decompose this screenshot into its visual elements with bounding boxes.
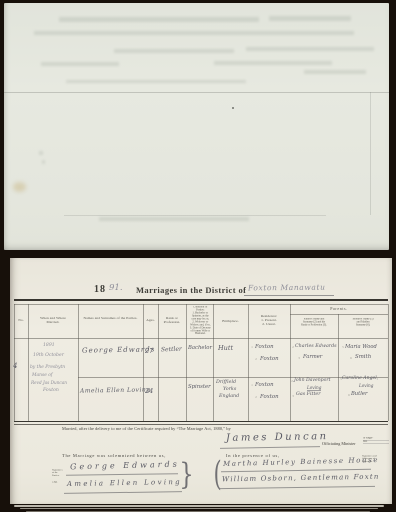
groom-age: 27 — [145, 347, 153, 355]
paper-stain — [13, 182, 26, 192]
table-rule — [14, 338, 388, 339]
certification-statement: Married, after the delivery to me of the… — [62, 426, 231, 431]
col-header-condition: Condition of Parties: 1. Bachelor or Spi… — [187, 306, 214, 337]
groom-mother-name: Maria Wood — [345, 344, 377, 350]
printed-mark: 2 — [254, 357, 258, 361]
bride-father-name: Loving — [307, 385, 321, 391]
title-rule — [14, 299, 388, 301]
showthrough-rule — [370, 92, 371, 215]
col-group-parents: Parents. — [290, 307, 388, 312]
col-header-birthplace: Birthplace. — [213, 319, 248, 323]
showthrough-rule — [64, 215, 326, 216]
col-header-mother: Mother's Name (5) and Maiden Surname (6)… — [339, 318, 387, 337]
bride-condition: Spinster — [188, 384, 211, 390]
printed-mark: 1 — [250, 383, 254, 387]
showthrough-mark — [59, 17, 259, 22]
signature-rule — [66, 473, 178, 476]
bride-age: 24 — [145, 387, 153, 395]
witness-note: Signatures and Addresses of Witnesses. — [362, 455, 388, 469]
bride-father-rank: Gas Fitter — [296, 392, 321, 397]
page-edge — [26, 511, 370, 512]
groom-father-name: Charles Edwards — [295, 344, 337, 349]
table-rule — [290, 314, 388, 315]
register-back-page — [4, 3, 389, 250]
showthrough-mark — [114, 49, 234, 53]
district-handwritten: Foxton Manawatu — [248, 283, 326, 293]
col-header-when: When and Where Married. — [28, 316, 78, 324]
table-rule — [14, 304, 388, 305]
groom-mother-maiden: Smith — [355, 354, 371, 360]
col-header-residence: Residence: 1. Present. 2. Usual. — [248, 314, 290, 327]
minister-signature: James Duncan — [226, 431, 329, 444]
showthrough-mark — [42, 160, 45, 164]
table-rule — [388, 304, 389, 421]
groom-birthplace: Hutt — [218, 344, 233, 352]
showthrough-mark — [246, 47, 374, 51]
printed-mark: 1 — [250, 345, 254, 349]
bride-father-name: John Davenport — [294, 378, 330, 383]
signature-rule — [220, 486, 375, 489]
bride-birthplace: Driffield — [216, 380, 236, 385]
bride-birthplace: England — [219, 394, 239, 399]
bride-mother-name: Loving — [359, 383, 373, 388]
showthrough-mark — [269, 16, 351, 21]
page-edge — [14, 505, 384, 507]
col-header-no: No. — [14, 318, 28, 322]
showthrough-mark — [34, 31, 354, 35]
scanned-register-photo: 18 91. Marriages in the District of Foxt… — [0, 0, 396, 512]
showthrough-mark — [39, 151, 43, 155]
showthrough-rule — [4, 92, 389, 93]
printed-mark: 2 — [254, 395, 258, 399]
showthrough-mark — [41, 62, 119, 66]
groom-residence-present: Foxton — [255, 344, 274, 350]
bride-signature: Amelia Ellen Loving — [67, 478, 182, 488]
col-header-ages: Ages. — [143, 318, 158, 322]
bride-birthplace: Yorks — [223, 387, 236, 392]
marriage-register-page: 18 91. Marriages in the District of Foxt… — [10, 258, 392, 504]
groom-father-rank: Farmer — [303, 354, 322, 360]
groom-signature: George Edwards — [70, 460, 180, 472]
bride-residence-present: Foxton — [255, 382, 274, 388]
table-rule — [78, 304, 79, 421]
year-printed: 18 — [94, 284, 106, 295]
parties-brace: } — [179, 457, 193, 492]
bride-residence-usual: Foxton — [260, 394, 279, 400]
officiating-note: or Regis- trar. — [363, 437, 389, 447]
showthrough-mark — [99, 217, 249, 221]
showthrough-mark — [214, 61, 332, 65]
table-bottom-rule — [14, 424, 388, 425]
page-title: Marriages in the District of — [136, 285, 246, 295]
showthrough-mark — [304, 70, 366, 74]
solemnized-label: The Marriage was solemnized between us, — [62, 453, 166, 458]
officiating-minister-label: Officiating Minister — [322, 441, 356, 446]
ink-speck — [232, 107, 234, 109]
groom-condition: Bachelor — [188, 345, 212, 351]
presence-label: In the presence of us, — [226, 453, 280, 458]
printed-mark: 6 — [349, 356, 353, 360]
col-header-father: Father's Name and Surname (2) and his Ra… — [291, 318, 337, 337]
showthrough-mark — [66, 80, 246, 83]
printed-mark: 3 — [291, 394, 295, 398]
signature-rule — [221, 469, 371, 473]
entry-number: 4 — [13, 362, 17, 370]
year-handwritten: 91. — [109, 283, 123, 293]
page-edge — [20, 508, 378, 509]
col-header-names: Names and Surnames of the Parties. — [79, 316, 142, 320]
signature-rule — [220, 446, 320, 449]
bride-mother-maiden: Butler — [351, 391, 367, 397]
signature-rule — [64, 491, 182, 494]
col-header-rank: Rank or Profession. — [158, 316, 186, 324]
printed-mark: 3 — [297, 356, 301, 360]
district-rule — [244, 295, 334, 296]
witness2-signature: William Osborn, Gentleman Foxtn — [222, 473, 380, 484]
groom-rank: Settler — [161, 346, 182, 354]
groom-residence-usual: Foxton — [260, 356, 279, 362]
table-bottom-rule — [14, 421, 388, 423]
bride-mother-name: Caroline Angel, — [342, 376, 378, 381]
form-imprint: 186 — [52, 480, 57, 484]
bride-name: Amelia Ellen Loving — [80, 386, 151, 394]
